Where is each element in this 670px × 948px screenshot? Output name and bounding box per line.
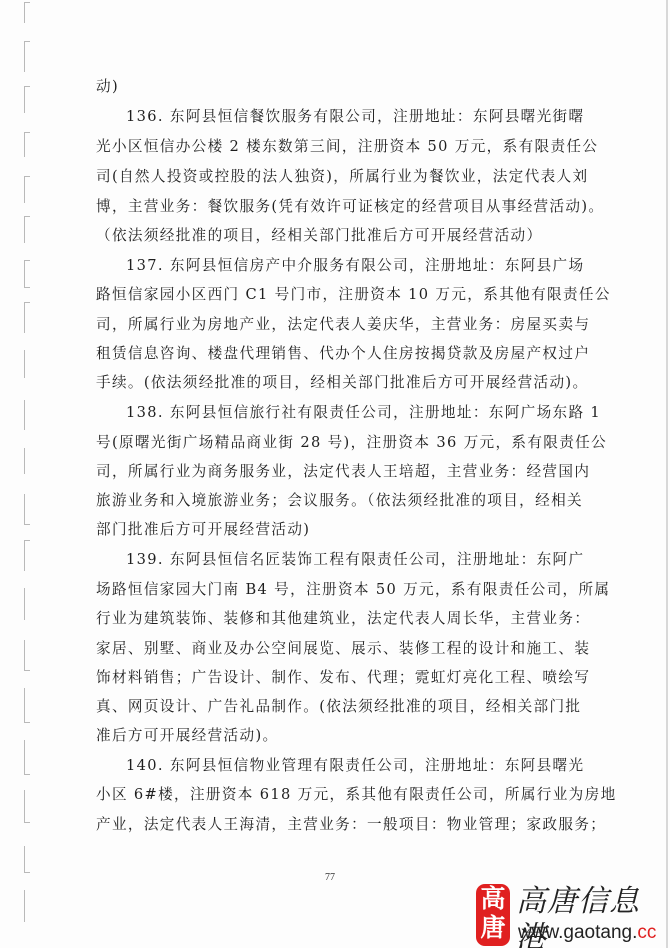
binding-mark <box>24 41 30 72</box>
binding-mark <box>24 176 30 203</box>
text-line: 司(自然人投资或控股的法人独资)，所属行业为餐饮业，法定代表人刘 <box>96 162 578 192</box>
binding-mark <box>24 2 30 23</box>
binding-mark <box>24 790 30 823</box>
binding-mark <box>24 86 30 113</box>
seal-char-bottom: 唐 <box>476 913 510 942</box>
text-line: 家居、别墅、商业及办公空间展览、展示、装修工程的设计和施工、装 <box>96 634 578 664</box>
text-line: 真、网页设计、广告礼品制作。(依法须经批准的项目，经相关部门批 <box>96 692 578 722</box>
brand-url-main: www.gaotang. <box>518 922 637 943</box>
text-line: 行业为建筑装饰、装修和其他建筑业，法定代表人周长华，主营业务： <box>96 604 578 634</box>
binding-mark <box>24 740 30 775</box>
paragraph-first-line: 137. 东阿县恒信房产中介服务有限公司，注册地址：东阿县广场 <box>126 251 578 281</box>
site-watermark: 高 唐 高唐信息港 www.gaotang.cc <box>476 884 670 948</box>
text-line: 路恒信家园小区西门 C1 号门市，注册资本 10 万元，系其他有限责任公 <box>96 280 578 310</box>
text-line: 场路恒信家园大门南 B4 号，注册资本 50 万元，系有限责任公司，所属 <box>96 575 578 605</box>
paragraph-first-line: 136. 东阿县恒信餐饮服务有限公司，注册地址：东阿县曙光街曙 <box>126 102 578 132</box>
paragraph-first-line: 139. 东阿县恒信名匠装饰工程有限责任公司，注册地址：东阿广 <box>126 545 578 575</box>
binding-mark <box>24 540 30 571</box>
text-line: 光小区恒信办公楼 2 楼东数第三间，注册资本 50 万元，系有限责任公 <box>96 132 578 162</box>
binding-mark <box>24 302 30 333</box>
binding-mark <box>24 350 30 378</box>
text-line: 博，主营业务：餐饮服务(凭有效许可证核定的经营项目从事经营活动)。 <box>96 192 578 222</box>
gaotang-seal-logo: 高 唐 <box>476 884 510 946</box>
binding-mark <box>24 494 30 525</box>
page-number: 77 <box>325 872 335 883</box>
binding-mark <box>24 688 30 723</box>
text-line: 小区 6#楼，注册资本 618 万元，系其他有限责任公司，所属行业为房地 <box>96 780 578 810</box>
brand-url: www.gaotang.cc <box>518 922 656 944</box>
text-line: 产业，法定代表人王海清，主营业务：一般项目：物业管理；家政服务； <box>96 810 578 840</box>
text-line: 号(原曙光街广场精品商业街 28 号)，注册资本 36 万元，系有限责任公 <box>96 428 578 458</box>
text-line: 饰材料销售；广告设计、制作、发布、代理；霓虹灯亮化工程、喷绘写 <box>96 663 578 693</box>
brand-url-tld: cc <box>637 922 656 943</box>
text-line: 准后方可开展经营活动)。 <box>96 721 278 751</box>
page-edge-shadow <box>666 0 668 948</box>
binding-mark <box>24 448 30 474</box>
paragraph-first-line: 138. 东阿县恒信旅行社有限责任公司，注册地址：东阿广场东路 1 <box>126 398 578 428</box>
text-line: 司，所属行业为房地产业，法定代表人姜庆华，主营业务：房屋买卖与 <box>96 310 578 340</box>
text-line: 动) <box>96 72 119 102</box>
paragraph-first-line: 140. 东阿县恒信物业管理有限责任公司，注册地址：东阿县曙光 <box>126 751 578 781</box>
text-line: 部门批准后方可开展经营活动) <box>96 515 310 545</box>
binding-mark <box>24 132 30 157</box>
binding-margin-marks <box>0 0 40 948</box>
document-page: 动)136. 东阿县恒信餐饮服务有限公司，注册地址：东阿县曙光街曙光小区恒信办公… <box>0 0 670 948</box>
binding-mark <box>24 890 30 922</box>
text-line: （依法须经批准的项目，经相关部门批准后方可开展经营活动） <box>96 221 542 251</box>
binding-mark <box>24 216 30 243</box>
binding-mark <box>24 588 30 620</box>
binding-mark <box>24 260 30 288</box>
binding-mark <box>24 400 30 430</box>
text-line: 手续。(依法须经批准的项目，经相关部门批准后方可开展经营活动)。 <box>96 368 578 398</box>
binding-mark <box>24 846 30 873</box>
text-line: 旅游业务和入境旅游业务；会议服务。（依法须经批准的项目，经相关 <box>96 486 578 516</box>
binding-mark <box>24 640 30 671</box>
text-line: 租赁信息咨询、楼盘代理销售、代办个人住房按揭贷款及房屋产权过户 <box>96 339 578 369</box>
text-line: 司，所属行业为商务服务业，法定代表人王培超，主营业务：经营国内 <box>96 457 578 487</box>
seal-char-top: 高 <box>476 884 510 913</box>
